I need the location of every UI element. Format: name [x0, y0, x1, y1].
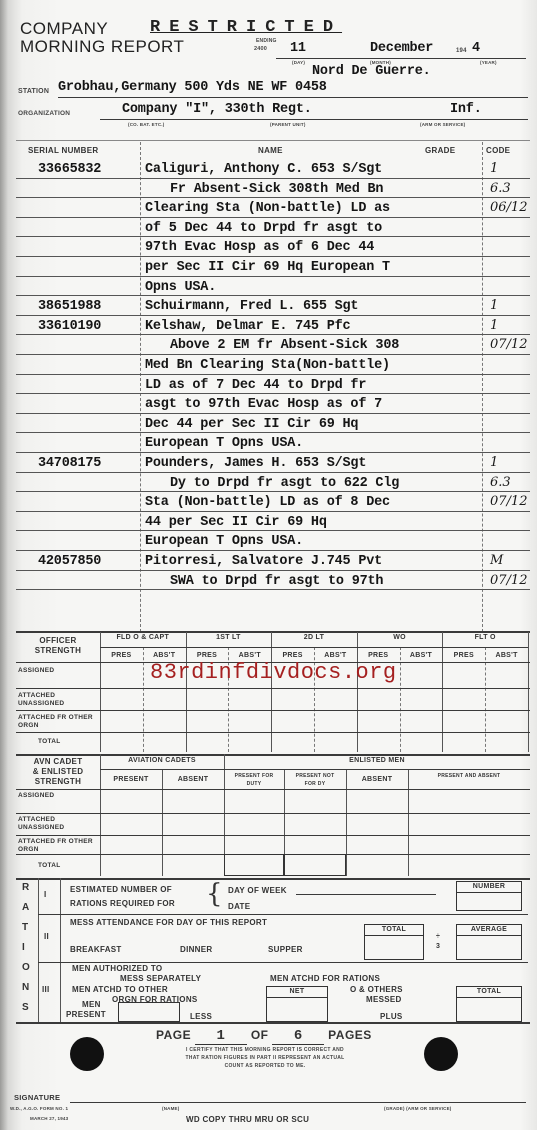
code-handwritten: 1 — [490, 455, 498, 470]
roster-line: Opns USA. — [0, 278, 537, 298]
officer-cell[interactable] — [143, 732, 186, 754]
officer-subcol-header: PRES — [442, 652, 485, 659]
rations-side-letter: T — [22, 922, 28, 933]
roster-line: Med Bn Clearing Sta(Non-battle) — [0, 356, 537, 376]
enlisted-col-header: PRESENT AND ABSENT — [408, 772, 530, 780]
serial-number: 34708175 — [38, 456, 101, 471]
rule-line — [16, 256, 530, 257]
rule-line — [16, 511, 530, 512]
s1-date-label: DATE — [228, 902, 250, 911]
rations-side-divider — [38, 878, 39, 1022]
enlisted-cell[interactable] — [162, 813, 224, 835]
rations-bottom — [16, 1022, 530, 1024]
officer-cell[interactable] — [400, 662, 443, 684]
rule-line — [16, 178, 530, 179]
entry-text: of 5 Dec 44 to Drpd fr asgt to — [145, 221, 382, 236]
date-underline — [276, 58, 526, 59]
officer-cell[interactable] — [442, 688, 485, 710]
col-grade: GRADE — [425, 146, 455, 155]
organization-value: Company "I", 330th Regt. — [122, 102, 312, 117]
rations-side-letter: S — [22, 1002, 29, 1013]
enlisted-cell[interactable] — [100, 789, 162, 811]
rations-sec2-bottom — [38, 962, 528, 963]
enlisted-col-header: ABSENT — [346, 776, 408, 784]
form-number: W.D., A.G.O. FORM NO. 1 — [10, 1106, 68, 1111]
officer-row-label: TOTAL — [18, 738, 98, 746]
officer-cell[interactable] — [400, 732, 443, 754]
enlisted-col-header: PRESENT FOR DUTY — [224, 772, 284, 788]
enlisted-cell[interactable] — [162, 789, 224, 811]
roster-line: 44 per Sec II Cir 69 Hq — [0, 513, 537, 533]
officer-subcol-header: ABS'T — [143, 652, 186, 659]
officer-cell[interactable] — [186, 732, 229, 754]
entry-text: Med Bn Clearing Sta(Non-battle) — [145, 358, 390, 373]
entry-text: Dy to Drpd fr asgt to 622 Clg — [170, 476, 399, 491]
enlisted-row-label: ATTACHED FR OTHER ORGN — [18, 838, 98, 854]
rations-section-1: I — [44, 890, 47, 899]
col-code: CODE — [486, 146, 510, 155]
officer-cell[interactable] — [442, 662, 485, 684]
s3-net-box[interactable]: NET — [266, 986, 328, 1022]
signature-label: SIGNATURE — [14, 1093, 60, 1102]
officer-group-header: FLD O & CAPT — [100, 634, 186, 641]
branch-value: Inf. — [450, 102, 482, 117]
officer-group-header: FLT O — [442, 634, 528, 641]
rule-line — [16, 432, 530, 433]
s2-dinner: DINNER — [180, 945, 212, 954]
binder-hole-right — [424, 1037, 458, 1071]
rations-side-letter: O — [22, 962, 30, 973]
officer-subcol-header: PRES — [100, 652, 143, 659]
roster-line: of 5 Dec 44 to Drpd fr asgt to — [0, 219, 537, 239]
entry-text: Above 2 EM fr Absent-Sick 308 — [170, 338, 399, 353]
s1-required-label: RATIONS REQUIRED FOR — [70, 899, 175, 908]
officer-cell[interactable] — [442, 732, 485, 754]
entry-text: SWA to Drpd fr asgt to 97th — [170, 574, 383, 589]
enlisted-cell[interactable] — [408, 813, 530, 835]
roster-line: 42057850Pitorresi, Salvatore J.745 PvtM — [0, 552, 537, 572]
copy-routing-note: WD COPY THRU MRU OR SCU — [186, 1115, 309, 1124]
officer-cell[interactable] — [314, 732, 357, 754]
form-date: MARCH 27, 1943 — [30, 1116, 68, 1121]
page-number: 1 — [195, 1028, 247, 1045]
entry-text: Clearing Sta (Non-battle) LD as — [145, 201, 390, 216]
enlisted-col-header: PRESENT — [100, 776, 162, 784]
officer-subcol-header: ABS'T — [485, 652, 528, 659]
enlisted-cell[interactable] — [408, 854, 530, 876]
s3-atchd-other-label: MEN ATCHD TO OTHER — [72, 985, 168, 994]
officer-cell[interactable] — [100, 710, 143, 732]
entry-text: Dec 44 per Sec II Cir 69 Hq — [145, 417, 358, 432]
grid-vline — [528, 632, 529, 752]
enlisted-strength-title: AVN CADET & ENLISTED STRENGTH — [18, 757, 98, 787]
entry-text: Fr Absent-Sick 308th Med Bn — [170, 182, 383, 197]
officer-cell[interactable] — [400, 688, 443, 710]
officer-cell[interactable] — [228, 732, 271, 754]
s2-breakfast: BREAKFAST — [70, 945, 122, 954]
watermark: 83rdinfdivdocs.org — [150, 660, 397, 685]
total-present-box[interactable] — [284, 854, 346, 876]
form-title-company: COMPANY — [20, 20, 108, 37]
page-total: 6 — [272, 1028, 324, 1045]
classification-stamp: RESTRICTED — [150, 18, 342, 37]
officer-cell[interactable] — [143, 710, 186, 732]
rule-line — [16, 354, 530, 355]
roster-line: asgt to 97th Evac Hosp as of 7 — [0, 395, 537, 415]
s1-day-line[interactable] — [296, 894, 436, 895]
entry-text: European T Opns USA. — [145, 436, 303, 451]
roster-line: 34708175Pounders, James H. 653 S/Sgt1 — [0, 454, 537, 474]
s1-number-box[interactable]: NUMBER — [456, 881, 522, 911]
enlisted-cell[interactable] — [284, 813, 346, 835]
signature-line[interactable] — [70, 1102, 526, 1103]
entry-text: Kelshaw, Delmar E. 745 Pfc — [145, 319, 350, 334]
code-handwritten: 6.3 — [490, 181, 511, 196]
enlisted-cell[interactable] — [284, 789, 346, 811]
code-handwritten: 07/12 — [490, 337, 527, 352]
officer-cell[interactable] — [143, 688, 186, 710]
enlisted-group-header: ENLISTED MEN — [224, 757, 530, 764]
rule-line — [16, 217, 530, 218]
year-caption: (YEAR) — [480, 60, 497, 65]
s2-supper: SUPPER — [268, 945, 303, 954]
officer-cell[interactable] — [314, 688, 357, 710]
officer-strength-title: OFFICER STRENGTH — [20, 636, 96, 656]
station-underline — [58, 97, 528, 98]
roster-line: Sta (Non-battle) LD as of 8 Dec07/12 — [0, 493, 537, 513]
name-caption: (NAME) — [162, 1106, 179, 1111]
roster-line: 97th Evac Hosp as of 6 Dec 44 — [0, 238, 537, 258]
rations-section-2: II — [44, 932, 49, 941]
entry-text: asgt to 97th Evac Hosp as of 7 — [145, 397, 382, 412]
day-caption: (DAY) — [292, 60, 305, 65]
officer-cell[interactable] — [485, 662, 528, 684]
rule-line — [16, 374, 530, 375]
code-handwritten: 1 — [490, 318, 498, 333]
report-year: 4 — [472, 41, 480, 56]
officer-cell[interactable] — [100, 662, 143, 684]
binder-hole-left — [70, 1037, 104, 1071]
rule-line — [16, 472, 530, 473]
report-day: 11 — [290, 41, 306, 56]
entry-text: Caliguri, Anthony C. 653 S/Sgt — [145, 162, 382, 177]
s1-day-of-week-label: DAY OF WEEK — [228, 886, 287, 895]
col-serial-number: SERIAL NUMBER — [28, 146, 98, 155]
code-handwritten: 07/12 — [490, 573, 527, 588]
officer-cell[interactable] — [271, 710, 314, 732]
roster-line: Fr Absent-Sick 308th Med Bn6.3 — [0, 180, 537, 200]
s1-estimated-label: ESTIMATED NUMBER OF — [70, 885, 172, 894]
roster-line: European T Opns USA. — [0, 434, 537, 454]
org-caption-unit: (CO. BAT. ETC.) — [128, 122, 164, 127]
s3-total-box[interactable]: TOTAL — [456, 986, 522, 1022]
serial-number: 33665832 — [38, 162, 101, 177]
enlisted-cell[interactable] — [346, 854, 408, 876]
officer-cell[interactable] — [357, 732, 400, 754]
enlisted-cell[interactable] — [100, 813, 162, 835]
s2-average-box[interactable]: AVERAGE — [456, 924, 522, 960]
brace: { — [206, 880, 223, 908]
year-prefix: 194 — [456, 48, 467, 54]
rule-line — [16, 295, 530, 296]
code-handwritten: 07/12 — [490, 494, 527, 509]
s2-total-box[interactable]: TOTAL — [364, 924, 424, 960]
entry-text: 97th Evac Hosp as of 6 Dec 44 — [145, 240, 374, 255]
rations-top — [16, 878, 530, 880]
org-caption-arm: (ARM OR SERVICE) — [420, 122, 465, 127]
code-handwritten: M — [490, 553, 503, 568]
s3-plus-label: PLUS — [380, 1012, 403, 1021]
code-handwritten: 1 — [490, 298, 498, 313]
code-handwritten: 6.3 — [490, 475, 511, 490]
officer-cell[interactable] — [228, 688, 271, 710]
grid-hline — [100, 769, 530, 770]
rations-section-divider — [60, 878, 61, 1022]
certification-text: I CERTIFY THAT THIS MORNING REPORT IS CO… — [130, 1046, 400, 1070]
roster-line: SWA to Drpd fr asgt to 97th07/12 — [0, 572, 537, 592]
officer-cell[interactable] — [271, 688, 314, 710]
roster-line: Above 2 EM fr Absent-Sick 30807/12 — [0, 336, 537, 356]
enlisted-col-header: PRESENT NOT FOR DY — [284, 772, 346, 788]
enlisted-row-label: ASSIGNED — [18, 792, 98, 800]
station-value: Grobhau,Germany 500 Yds NE WF 0458 — [58, 80, 327, 95]
roster-line: LD as of 7 Dec 44 to Drpd fr — [0, 376, 537, 396]
officer-subcol-header: ABS'T — [228, 652, 271, 659]
entry-text: Pounders, James H. 653 S/Sgt — [145, 456, 366, 471]
roster-line: Dec 44 per Sec II Cir 69 Hq — [0, 415, 537, 435]
enlisted-group-header: AVIATION CADETS — [100, 757, 224, 764]
officer-cell[interactable] — [100, 688, 143, 710]
officer-subcol-header: PRES — [186, 652, 229, 659]
officer-cell[interactable] — [485, 710, 528, 732]
roster-line: Dy to Drpd fr asgt to 622 Clg6.3 — [0, 474, 537, 494]
officer-cell[interactable] — [186, 710, 229, 732]
s3-less-label: LESS — [190, 1012, 212, 1021]
rule-line — [16, 197, 530, 198]
header-divider — [16, 140, 530, 141]
officer-cell[interactable] — [186, 688, 229, 710]
rations-side-letter: R — [22, 882, 30, 893]
s2-title: MESS ATTENDANCE FOR DAY OF THIS REPORT — [70, 918, 267, 927]
enlisted-cell[interactable] — [346, 789, 408, 811]
officer-row-label: ATTACHED UNASSIGNED — [18, 692, 98, 708]
rule-line — [16, 570, 530, 571]
s3-total-label: TOTAL — [457, 987, 521, 998]
roster-line: 33610190Kelshaw, Delmar E. 745 Pfc1 — [0, 317, 537, 337]
enlisted-table-top — [16, 754, 530, 756]
enlisted-row-label: TOTAL — [18, 862, 98, 870]
s2-total-label: TOTAL — [365, 925, 423, 936]
entry-text: Schuirmann, Fred L. 655 Sgt — [145, 299, 358, 314]
code-name: Nord De Guerre. — [312, 64, 431, 79]
s3-present-label: PRESENT — [66, 1010, 106, 1019]
roster-line: 38651988Schuirmann, Fred L. 655 Sgt1 — [0, 297, 537, 317]
rule-line — [16, 589, 530, 590]
s3-authorized-label: MEN AUTHORIZED TO — [72, 964, 162, 973]
enlisted-cell[interactable] — [346, 813, 408, 835]
morning-report-page: COMPANY MORNING REPORT RESTRICTED ENDING… — [0, 0, 537, 1130]
serial-number: 33610190 — [38, 319, 101, 334]
s3-others-label: O & OTHERS — [350, 985, 403, 994]
report-month: December — [370, 41, 433, 56]
organization-underline — [100, 119, 528, 120]
officer-cell[interactable] — [314, 710, 357, 732]
officer-row-label: ASSIGNED — [18, 667, 98, 675]
enlisted-cell[interactable] — [100, 854, 162, 876]
enlisted-row-label: ATTACHED UNASSIGNED — [18, 816, 98, 832]
entry-text: European T Opns USA. — [145, 534, 303, 549]
entry-text: Opns USA. — [145, 280, 216, 295]
s3-atchd-for-rations-label: MEN ATCHD FOR RATIONS — [270, 974, 380, 983]
roster-line: Clearing Sta (Non-battle) LD as06/12 — [0, 199, 537, 219]
s2-average-label: AVERAGE — [457, 925, 521, 936]
total-present-box[interactable] — [224, 854, 284, 876]
entry-text: Pitorresi, Salvatore J.745 Pvt — [145, 554, 382, 569]
officer-cell[interactable] — [357, 688, 400, 710]
officer-cell[interactable] — [442, 710, 485, 732]
station-label: STATION — [18, 88, 49, 95]
officer-subcol-header: ABS'T — [314, 652, 357, 659]
enlisted-cell[interactable] — [224, 789, 284, 811]
officer-subcol-header: ABS'T — [400, 652, 443, 659]
code-handwritten: 1 — [490, 161, 498, 176]
rations-section-3: III — [42, 985, 50, 994]
rule-line — [16, 276, 530, 277]
rule-line — [16, 550, 530, 551]
officer-group-header: 2D LT — [271, 634, 357, 641]
officer-table-top — [16, 631, 530, 633]
grade-caption: (GRADE) (ARM OR SERVICE) — [384, 1106, 451, 1111]
s2-divide-by-3: ÷ 3 — [436, 932, 446, 952]
officer-row-label: ATTACHED FR OTHER ORGN — [18, 714, 98, 730]
officer-cell[interactable] — [485, 688, 528, 710]
enlisted-col-header: ABSENT — [162, 776, 224, 784]
rations-side-letter: I — [22, 942, 25, 953]
ending-label: ENDING — [256, 38, 277, 44]
rule-line — [16, 413, 530, 414]
rations-sec1-bottom — [38, 914, 528, 915]
ending-time: 2400 — [254, 46, 267, 52]
s1-number-label: NUMBER — [457, 882, 521, 893]
code-handwritten: 06/12 — [490, 200, 527, 215]
col-name: NAME — [258, 146, 283, 155]
form-title-morning-report: MORNING REPORT — [20, 38, 184, 55]
officer-group-header: WO — [357, 634, 443, 641]
rule-line — [16, 452, 530, 453]
s3-net-label: NET — [267, 987, 327, 998]
s3-men-label: MEN — [82, 1000, 101, 1009]
rule-line — [16, 315, 530, 316]
officer-cell[interactable] — [400, 710, 443, 732]
serial-number: 38651988 — [38, 299, 101, 314]
serial-number: 42057850 — [38, 554, 101, 569]
officer-cell[interactable] — [271, 732, 314, 754]
officer-cell[interactable] — [228, 710, 271, 732]
officer-subcol-header: PRES — [271, 652, 314, 659]
officer-cell[interactable] — [100, 732, 143, 754]
s3-men-present-box[interactable] — [118, 1002, 180, 1022]
enlisted-cell[interactable] — [162, 854, 224, 876]
entry-text: LD as of 7 Dec 44 to Drpd fr — [145, 378, 366, 393]
org-caption-parent: (PARENT UNIT) — [270, 122, 306, 127]
rule-line — [16, 530, 530, 531]
officer-cell[interactable] — [485, 732, 528, 754]
organization-label: ORGANIZATION — [18, 110, 70, 117]
enlisted-cell[interactable] — [224, 813, 284, 835]
page-counter: PAGE 1 OF 6 PAGES — [156, 1028, 372, 1045]
rations-side-letter: N — [22, 982, 30, 993]
rule-line — [16, 491, 530, 492]
grid-hline — [100, 647, 528, 648]
s3-messed-label: MESSED — [366, 995, 402, 1004]
officer-subcol-header: PRES — [357, 652, 400, 659]
rations-side-letter: A — [22, 902, 30, 913]
s3-mess-separately-label: MESS SEPARATELY — [120, 974, 201, 983]
roster-line: European T Opns USA. — [0, 532, 537, 552]
rule-line — [16, 236, 530, 237]
enlisted-cell[interactable] — [408, 789, 530, 811]
entry-text: per Sec II Cir 69 Hq European T — [145, 260, 390, 275]
rule-line — [16, 334, 530, 335]
entry-text: 44 per Sec II Cir 69 Hq — [145, 515, 327, 530]
roster-line: 33665832Caliguri, Anthony C. 653 S/Sgt1 — [0, 160, 537, 180]
entry-text: Sta (Non-battle) LD as of 8 Dec — [145, 495, 390, 510]
officer-group-header: 1ST LT — [186, 634, 272, 641]
rule-line — [16, 393, 530, 394]
officer-cell[interactable] — [357, 710, 400, 732]
roster-line: per Sec II Cir 69 Hq European T — [0, 258, 537, 278]
